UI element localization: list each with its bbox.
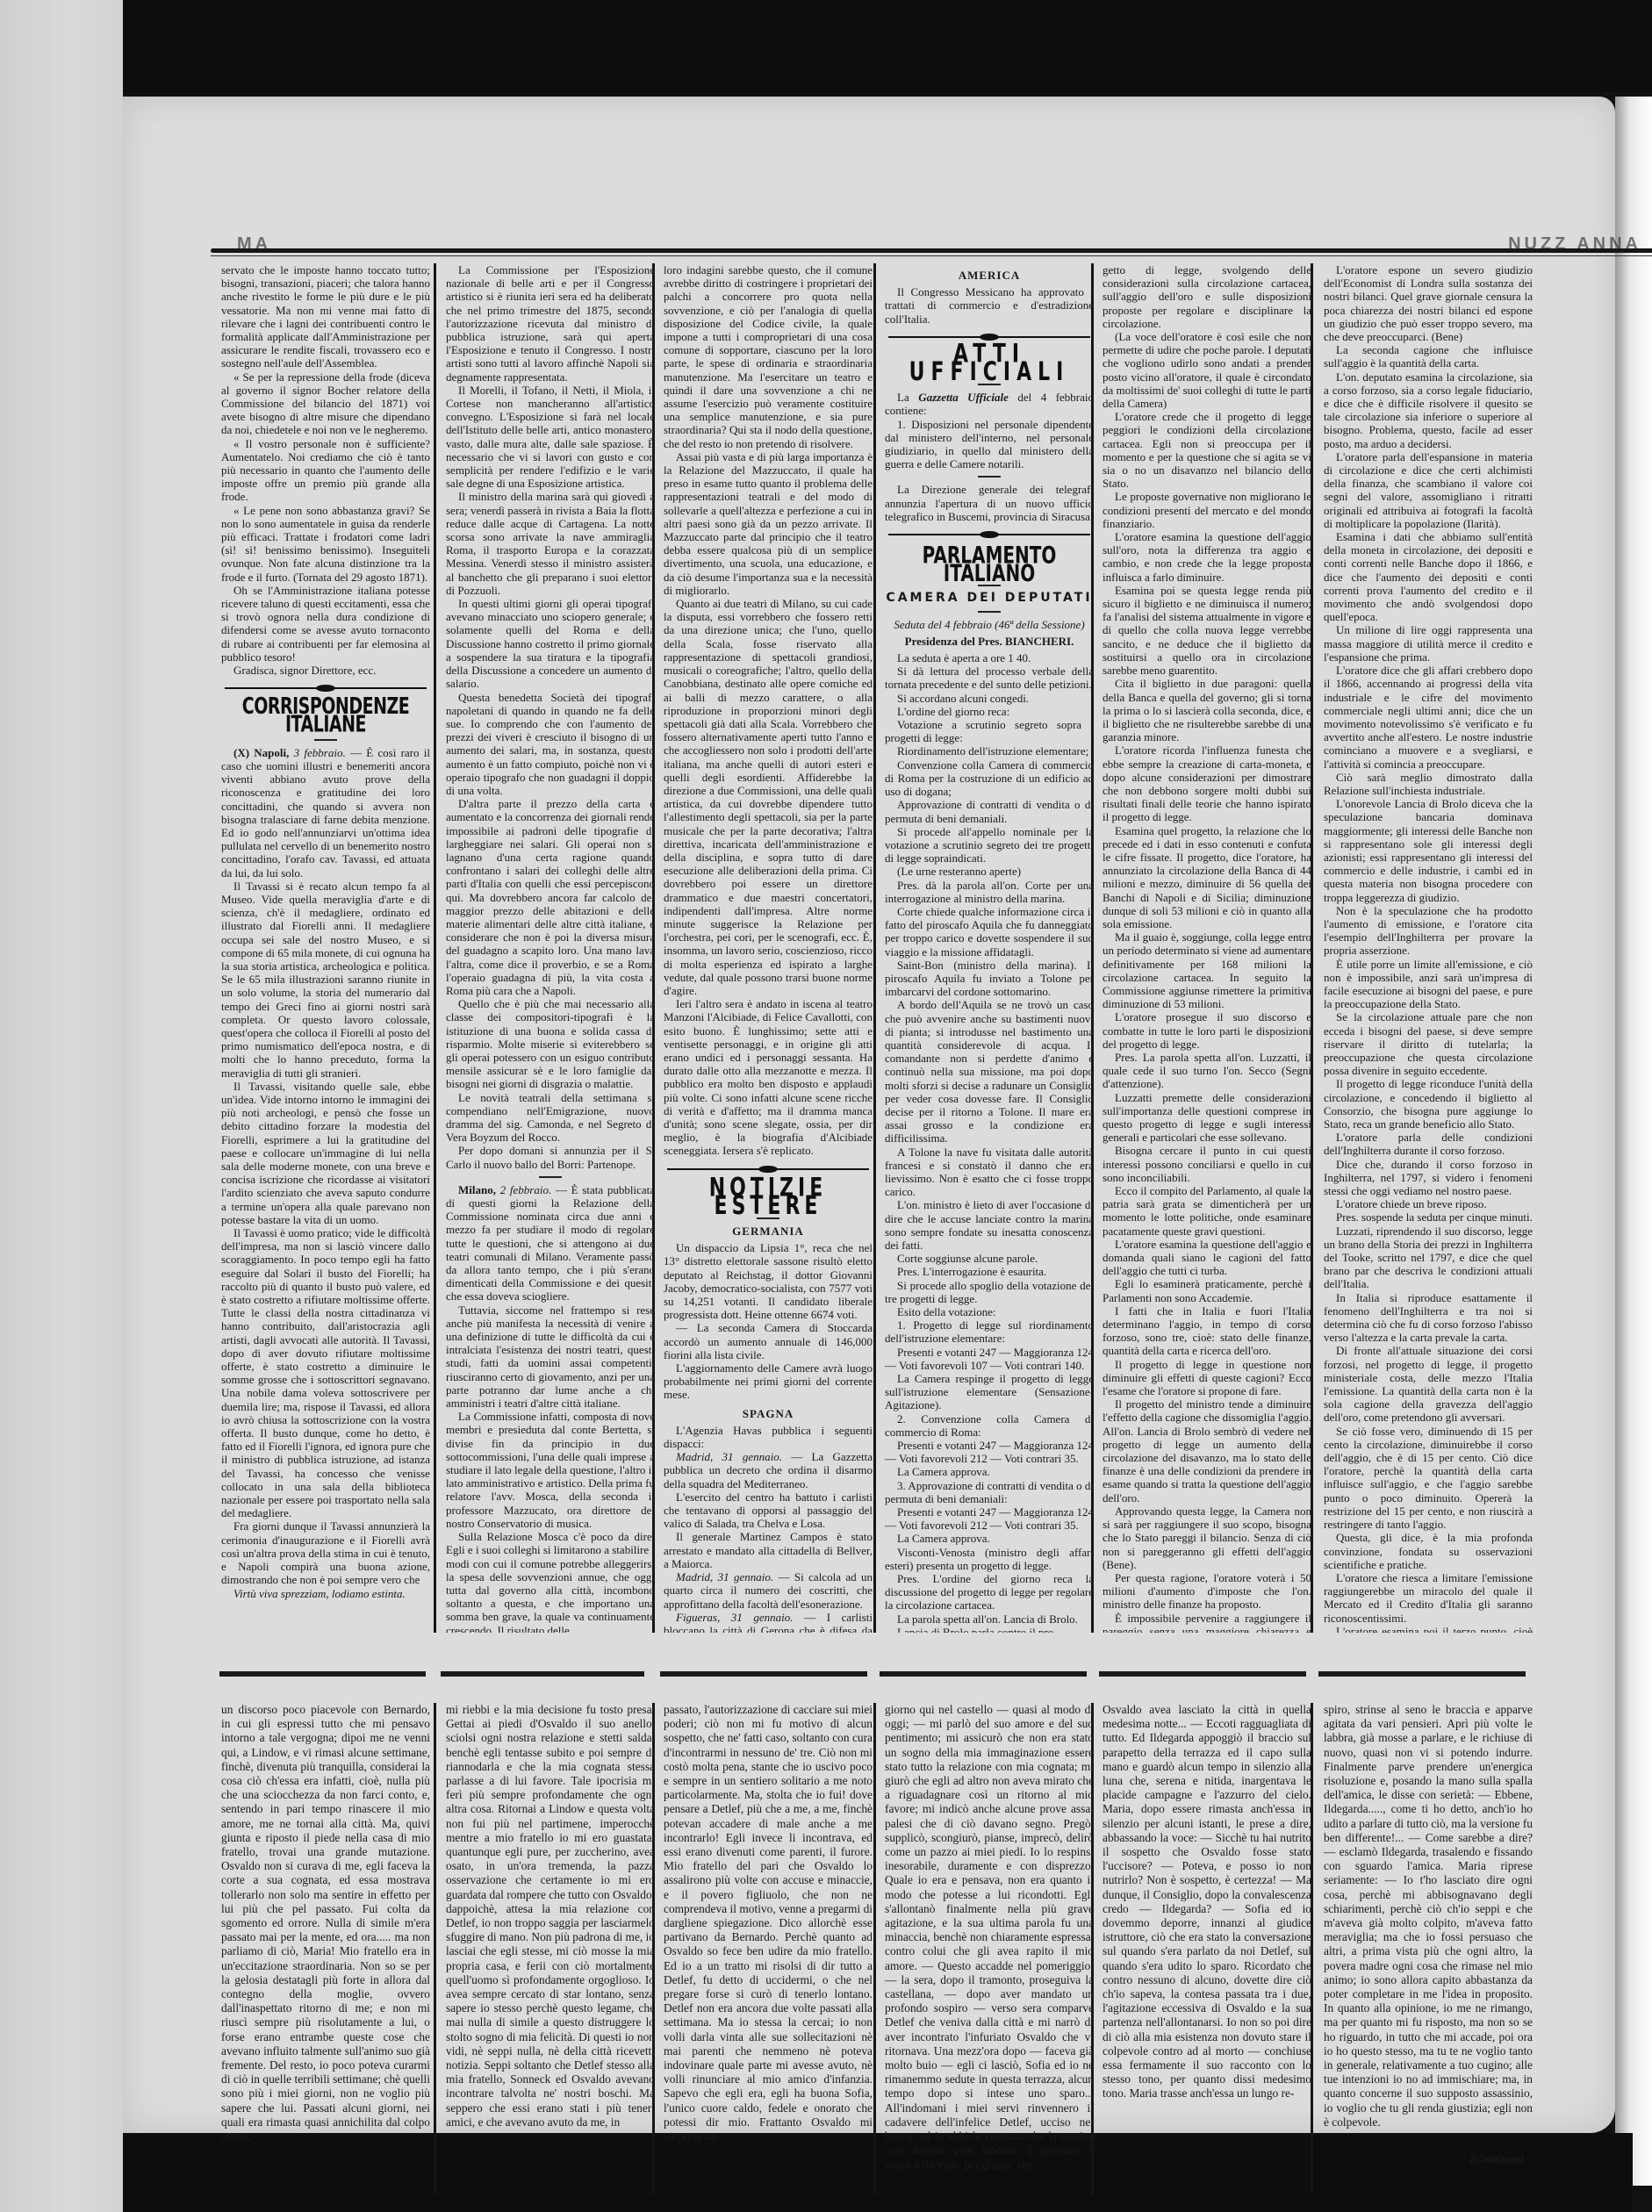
- paragraph: Per dopo domani si annunzia per il S. Ca…: [446, 1144, 655, 1170]
- paragraph: Egli lo esaminerà praticamente, perchè i…: [1103, 1277, 1311, 1303]
- short-rule: [978, 611, 1001, 613]
- dateline-place: (X) Napoli,: [233, 746, 289, 759]
- paragraph: D'altra parte il prezzo della carta è au…: [446, 797, 655, 997]
- feuilleton-text: Osvaldo avea lasciato la città in quella…: [1103, 1703, 1311, 2101]
- section-heading-parlamento: PARLAMENTO ITALIANO: [885, 547, 1094, 583]
- paragraph: Il ministro della marina sarà qui gioved…: [446, 490, 655, 597]
- paragraph: Si procede allo spoglio della votazione …: [885, 1279, 1094, 1305]
- signature: Gradisca, signor Direttore, ecc.: [221, 664, 430, 677]
- paragraph: Il Tavassi si è recato alcun tempo fa al…: [221, 880, 430, 1080]
- paragraph: Il generale Martinez Campos è stato arre…: [664, 1530, 873, 1570]
- paragraph: Approvando questa legge, la Camera non s…: [1103, 1505, 1311, 1571]
- paragraph: Se ciò fosse vero, diminuendo di 15 per …: [1324, 1425, 1533, 1532]
- feuilleton-column-6: spiro, strinse al seno le braccia e appa…: [1318, 1703, 1538, 2194]
- paragraph: Le novità teatrali della settimana si co…: [446, 1091, 655, 1145]
- news-section: servato che le imposte hanno toccato tut…: [211, 263, 1652, 1633]
- paragraph: Pres. L'ordine del giorno reca la discus…: [885, 1572, 1094, 1612]
- paragraph: In questi ultimi giorni gli operai tipog…: [446, 597, 655, 690]
- paragraph: L'Agenzia Havas pubblica i seguenti disp…: [664, 1424, 873, 1450]
- paragraph: Corte soggiunse alcune parole.: [885, 1252, 1094, 1265]
- dateline-date: 2 febbraio.: [500, 1183, 552, 1196]
- dispatch: Figueras, 31 gennaio. — I carlisti blocc…: [664, 1611, 873, 1633]
- paragraph: Pres. dà la parola all'on. Corte per una…: [885, 879, 1094, 905]
- paragraph: (La voce dell'oratore è così esile che n…: [1103, 330, 1311, 410]
- masthead-thin-rule: [211, 255, 1652, 256]
- short-rule: [978, 476, 1001, 478]
- paragraph: Questa, gli dice, è la mia profonda conv…: [1324, 1531, 1533, 1571]
- paragraph: Saint-Bon (ministro della marina). Il pi…: [885, 959, 1094, 999]
- paragraph: — La seconda Camera di Stoccarda accordò…: [664, 1321, 873, 1361]
- paragraph: loro indagini sarebbe questo, che il com…: [664, 263, 873, 450]
- paragraph: L'oratore crede che il progetto di legge…: [1103, 410, 1311, 490]
- paragraph: In Italia si riproduce esattamente il fe…: [1324, 1291, 1533, 1345]
- divider-segment: [880, 1671, 1087, 1677]
- paragraph: Corte chiede qualche informazione circa …: [885, 905, 1094, 959]
- divider-segment: [660, 1671, 867, 1677]
- dateline-date: 3 febbraio.: [294, 746, 346, 759]
- column-6: L'oratore espone un severo giudizio dell…: [1318, 263, 1538, 1633]
- dispatch-dateline: Madrid, 31 gennaio.: [676, 1570, 773, 1584]
- column-4: AMERICA Il Congresso Messicano ha approv…: [880, 263, 1099, 1633]
- paragraph: L'oratore ricorda l'influenza funesta ch…: [1103, 743, 1311, 823]
- paragraph: L'oratore parla delle condizioni dell'In…: [1324, 1131, 1533, 1157]
- paragraph: 3. Approvazione di contratti di vendita …: [885, 1479, 1094, 1505]
- paragraph: Bisogna cercare il punto in cui questi i…: [1103, 1144, 1311, 1184]
- vote-result: Presenti e votanti 247 — Maggioranza 124…: [885, 1505, 1094, 1532]
- paragraph: Ecco il compito del Parlamento, al quale…: [1103, 1184, 1311, 1238]
- paragraph: La Camera respinge il progetto di legge …: [885, 1372, 1094, 1412]
- paragraph: L'esercito del centro ha battuto i carli…: [664, 1490, 873, 1531]
- divider-segment: [1318, 1671, 1526, 1677]
- short-rule: [539, 1176, 562, 1178]
- paragraph: Approvazione di contratti di vendita o d…: [885, 798, 1094, 824]
- dateline-place: Milano,: [458, 1183, 496, 1196]
- paragraph: La seconda cagione che influisce sull'ag…: [1324, 343, 1533, 370]
- paragraph: L'oratore esamina la questione dell'aggi…: [1103, 1238, 1311, 1278]
- verse-quote: Virtù viva sprezziam, lodiamo estinta.: [221, 1587, 430, 1600]
- paragraph: L'on. deputato esamina la circolazione, …: [1324, 370, 1533, 450]
- presidency-line: Presidenza del Pres. BIANCHERI.: [885, 635, 1094, 648]
- paragraph-text: — È così raro il caso che uomini illustr…: [221, 746, 430, 880]
- paragraph: Dice che, durando il corso forzoso in In…: [1324, 1158, 1533, 1198]
- scan-border-top: [0, 0, 1652, 92]
- paragraph: L'oratore chiede un breve riposo.: [1324, 1197, 1533, 1210]
- ornamental-rule: [888, 530, 1090, 539]
- paragraph: Questa benedetta Società dei tipografi n…: [446, 691, 655, 798]
- paragraph: Pres. sospende la seduta per cinque minu…: [1324, 1210, 1533, 1224]
- paragraph: L'aggiornamento delle Camere avrà luogo …: [664, 1361, 873, 1402]
- paragraph: getto di legge, svolgendo delle consider…: [1103, 263, 1311, 330]
- quote-paragraph: « Il vostro personale non è sufficiente?…: [221, 437, 430, 504]
- paragraph: Ciò sarà meglio dimostrato dalla Relazio…: [1324, 771, 1533, 797]
- paragraph: L'onorevole Lancia di Brolo diceva che l…: [1324, 797, 1533, 904]
- paragraph: Quanto ai due teatri di Milano, su cui c…: [664, 597, 873, 997]
- paragraph: 1. Progetto di legge sul riordinamento d…: [885, 1318, 1094, 1345]
- subheading-camera-deputati: CAMERA DEI DEPUTATI: [885, 592, 1094, 605]
- column-1: servato che le imposte hanno toccato tut…: [216, 263, 435, 1633]
- paragraph: Il progetto di legge in questione non di…: [1103, 1358, 1311, 1398]
- paragraph: È impossibile pervenire a raggiungere il…: [1103, 1612, 1311, 1633]
- paragraph: L'oratore parla dell'espansione in mater…: [1324, 450, 1533, 530]
- paragraph: La Gazzetta Ufficiale del 4 febbraio con…: [885, 391, 1094, 417]
- paragraph: Un dispaccio da Lipsia 1°, reca che nel …: [664, 1241, 873, 1321]
- feuilleton-column-2: mi riebbi e la mia decisione fu tosto pr…: [441, 1703, 660, 2194]
- feuilleton-column-4: giorno qui nel castello — quasi al modo …: [880, 1703, 1099, 2194]
- paragraph: servato che le imposte hanno toccato tut…: [221, 263, 430, 370]
- quote-paragraph: « Se per la repressione della frode (dic…: [221, 370, 430, 437]
- column-2: La Commissione per l'Esposizione naziona…: [441, 263, 660, 1633]
- paragraph: L'oratore esamina la questione dell'aggi…: [1103, 530, 1311, 584]
- paragraph: L'oratore esamina poi il terzo punto, ci…: [1324, 1625, 1533, 1633]
- dateline-paragraph: (X) Napoli, 3 febbraio. — È così raro il…: [221, 746, 430, 880]
- dispatch-dateline: Figueras, 31 gennaio.: [676, 1611, 794, 1624]
- paragraph-text: — È stata pubblicata di questi giorni la…: [446, 1183, 655, 1303]
- paragraph: L'oratore dice che gli affari crebbero d…: [1324, 664, 1533, 771]
- subheading-america: AMERICA: [885, 269, 1094, 282]
- short-rule: [314, 739, 337, 741]
- paragraph: La Camera approva.: [885, 1465, 1094, 1478]
- paragraph: La parola spetta all'on. Lancia di Brolo…: [885, 1612, 1094, 1626]
- session-line: Seduta del 4 febbraio (46ª della Session…: [885, 618, 1094, 631]
- paragraph: A bordo dell'Aquila se ne trovò un caso …: [885, 998, 1094, 1145]
- dispatch: Madrid, 31 gennaio. — Si calcola ad un q…: [664, 1570, 873, 1611]
- paragraph: Lancia di Brolo parla contro il pro-: [885, 1626, 1094, 1633]
- paragraph: Di fronte all'attuale situazione dei cor…: [1324, 1344, 1533, 1424]
- feuilleton-section: un discorso poco piacevole con Bernardo,…: [211, 1703, 1652, 2194]
- paragraph: 1. Disposizioni nel personale dipendente…: [885, 418, 1094, 471]
- paragraph: La Commissione per l'Esposizione naziona…: [446, 263, 655, 384]
- paragraph: La Commissione infatti, composta di nove…: [446, 1410, 655, 1530]
- paragraph: Un milione di lire oggi rappresenta una …: [1324, 623, 1533, 664]
- paragraph: I fatti che in Italia e fuori l'Italia d…: [1103, 1304, 1311, 1358]
- feuilleton-text: giorno qui nel castello — quasi al modo …: [885, 1703, 1094, 2172]
- feuilleton-divider: [211, 1659, 1652, 1694]
- paragraph: Visconti-Venosta (ministro degli affari …: [885, 1546, 1094, 1572]
- paragraph: (Le urne resteranno aperte): [885, 865, 1094, 878]
- paragraph: Pres. L'interrogazione è esaurita.: [885, 1265, 1094, 1278]
- quote-paragraph: « Le pene non sono abbastanza gravi? Se …: [221, 504, 430, 584]
- paragraph: Luzzati, riprendendo il suo discorso, le…: [1324, 1224, 1533, 1291]
- paragraph: Esamina poi se questa legge renda più si…: [1103, 584, 1311, 677]
- paragraph: Le proposte governative non migliorano l…: [1103, 490, 1311, 530]
- column-5: getto di legge, svolgendo delle consider…: [1097, 263, 1317, 1633]
- dispatch-dateline: Madrid, 31 gennaio.: [676, 1450, 782, 1463]
- divider-segment: [219, 1671, 426, 1677]
- paragraph: Assai più vasta e di più larga importanz…: [664, 450, 873, 597]
- paragraph: È utile porre un limite all'emissione, e…: [1324, 958, 1533, 1011]
- paragraph: Il progetto del ministro tende a diminui…: [1103, 1397, 1311, 1505]
- text: La: [897, 391, 909, 404]
- paragraph: Per questa ragione, l'oratore voterà i 5…: [1103, 1571, 1311, 1612]
- masthead-thick-rule: [211, 248, 1652, 253]
- section-heading-corrispondenze: CORRISPONDENZE ITALIANE: [221, 699, 430, 735]
- paragraph: La seduta è aperta a ore 1 40.: [885, 651, 1094, 664]
- paragraph: Riordinamento dell'istruzione elementare…: [885, 744, 1094, 758]
- feuilleton-text: passato, l'autorizzazione di cacciare su…: [664, 1703, 873, 2144]
- paragraph: Quello che è più che mai necessario alla…: [446, 997, 655, 1090]
- paragraph: Il Tavassi, visitando quelle sale, ebbe …: [221, 1080, 430, 1226]
- paragraph: Pres. La parola spetta all'on. Luzzatti,…: [1103, 1051, 1311, 1091]
- vote-result: Presenti e votanti 247 — Maggioranza 124…: [885, 1439, 1094, 1465]
- feuilleton-text: spiro, strinse al seno le braccia e appa…: [1324, 1703, 1533, 2129]
- paragraph: Esamina i dati che abbiamo sull'entità d…: [1324, 530, 1533, 623]
- paragraph: Luzzatti premette delle considerazioni s…: [1103, 1091, 1311, 1145]
- dispatch: Madrid, 31 gennaio. — La Gazzetta pubbli…: [664, 1450, 873, 1490]
- paragraph: Sulla Relazione Mosca c'è poco da dire. …: [446, 1530, 655, 1633]
- paragraph: La Direzione generale dei telegrafi annu…: [885, 483, 1094, 523]
- paragraph: Se la circolazione attuale pare che non …: [1324, 1010, 1533, 1077]
- feuilleton-column-5: Osvaldo avea lasciato la città in quella…: [1097, 1703, 1317, 2194]
- masthead-rule: MA NUZZ ANNA: [211, 241, 1652, 259]
- section-heading-atti-ufficiali: ATTI UFFICIALI: [885, 345, 1094, 381]
- paragraph: L'on. ministro è lieto di aver l'occasio…: [885, 1198, 1094, 1252]
- section-heading-notizie-estere: NOTIZIE ESTERE: [664, 1179, 873, 1215]
- feuilleton-text: mi riebbi e la mia decisione fu tosto pr…: [446, 1703, 655, 2129]
- newspaper-page: MA NUZZ ANNA servato che le imposte hann…: [123, 97, 1615, 2133]
- paragraph: Il Tavassi è uomo pratico; vide le diffi…: [221, 1226, 430, 1519]
- scan-margin-left: [0, 0, 123, 2212]
- paragraph: Fra giorni dunque il Tavassi annunzierà …: [221, 1519, 430, 1586]
- paragraph: A Tolone la nave fu visitata dalle autor…: [885, 1145, 1094, 1199]
- paragraph: Oh se l'Amministrazione italiana potesse…: [221, 584, 430, 664]
- paragraph: L'ordine del giorno reca:: [885, 705, 1094, 718]
- paragraph: Esamina quel progetto, la relazione che …: [1103, 824, 1311, 931]
- continua-marker: (Continua): [1324, 2152, 1533, 2166]
- subheading-spagna: SPAGNA: [664, 1407, 873, 1420]
- feuilleton-text: un discorso poco piacevole con Bernardo,…: [221, 1703, 430, 2144]
- feuilleton-column-1: un discorso poco piacevole con Bernardo,…: [216, 1703, 435, 2194]
- column-3: loro indagini sarebbe questo, che il com…: [658, 263, 878, 1633]
- paragraph: Il progetto di legge riconduce l'unità d…: [1324, 1077, 1533, 1131]
- paragraph: Non è la speculazione che ha prodotto l'…: [1324, 904, 1533, 958]
- ornamental-rule: [667, 1165, 869, 1174]
- paragraph: Si dà lettura del processo verbale della…: [885, 664, 1094, 691]
- feuilleton-column-3: passato, l'autorizzazione di cacciare su…: [658, 1703, 878, 2194]
- paragraph: Si procede all'appello nominale per la v…: [885, 825, 1094, 865]
- paragraph: 2. Convenzione colla Camera di commercio…: [885, 1412, 1094, 1439]
- paragraph: Convenzione colla Camera di commercio di…: [885, 758, 1094, 799]
- paragraph: Ma il guaio è, soggiunge, colla legge en…: [1103, 930, 1311, 1010]
- paragraph: La Camera approva.: [885, 1532, 1094, 1545]
- ornamental-rule: [225, 684, 427, 693]
- paragraph: Cita il biglietto in due paragoni: quell…: [1103, 677, 1311, 743]
- paragraph: Il Morelli, il Tofano, il Netti, il Miol…: [446, 384, 655, 491]
- divider-segment: [1099, 1671, 1306, 1677]
- gazzetta-title: Gazzetta Ufficiale: [918, 391, 1009, 404]
- paragraph: L'oratore espone un severo giudizio dell…: [1324, 263, 1533, 343]
- paragraph: Esito della votazione:: [885, 1305, 1094, 1318]
- paragraph: Si accordano alcuni congedi.: [885, 692, 1094, 705]
- paragraph: L'oratore prosegue il suo discorso e com…: [1103, 1010, 1311, 1051]
- vote-result: Presenti e votanti 247 — Maggioranza 124…: [885, 1346, 1094, 1372]
- paragraph: Tuttavia, siccome nel frattempo si rese …: [446, 1303, 655, 1411]
- paragraph: Il Congresso Messicano ha approvato i tr…: [885, 285, 1094, 326]
- paragraph: Ieri l'altro sera è andato in iscena al …: [664, 997, 873, 1157]
- dateline-paragraph: Milano, 2 febbraio. — È stata pubblicata…: [446, 1183, 655, 1303]
- paragraph: Votazione a scrutinio segreto sopra i pr…: [885, 718, 1094, 744]
- paragraph: L'oratore che riesca a limitare l'emissi…: [1324, 1571, 1533, 1625]
- subheading-germania: GERMANIA: [664, 1224, 873, 1238]
- divider-segment: [441, 1671, 644, 1677]
